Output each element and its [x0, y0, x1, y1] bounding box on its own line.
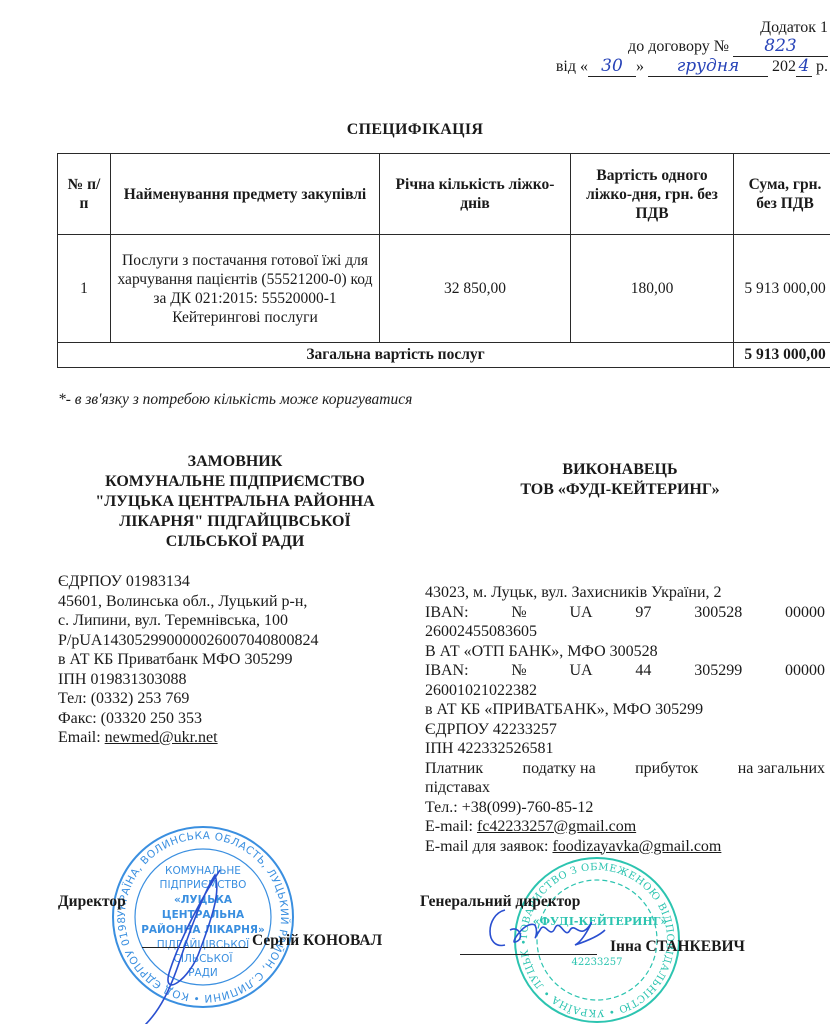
- contract-prefix: до договору №: [628, 38, 729, 55]
- executor-bank-2: в АТ КБ «ПРИВАТБАНК», МФО 305299: [425, 700, 825, 720]
- quantity-note: *- в зв'язку з потребою кількість може к…: [58, 391, 412, 409]
- customer-name-line: СІЛЬСЬКОЇ РАДИ: [40, 532, 430, 552]
- executor-role: ВИКОНАВЕЦЬ: [420, 460, 820, 480]
- col-header-price: Вартість одного ліжко-дня, грн. без ПДВ: [571, 154, 734, 235]
- tax-part: прибуток: [635, 759, 698, 779]
- customer-signatory-name: Сергій КОНОВАЛ: [252, 932, 382, 950]
- iban-part: 44: [635, 661, 651, 681]
- executor-iban-1-tail: 26002455083605: [425, 622, 825, 642]
- annex-label: Додаток 1: [556, 18, 828, 37]
- customer-email-label: Email:: [58, 729, 105, 746]
- table-row: 1 Послуги з постачання готової їжі для х…: [58, 235, 830, 343]
- cell-quantity: 32 850,00: [380, 235, 571, 343]
- date-prefix: від «: [556, 58, 588, 75]
- tax-part: Платник: [425, 759, 483, 779]
- customer-name-line: КОМУНАЛЬНЕ ПІДПРИЄМСТВО: [40, 472, 430, 492]
- tax-part: податку на: [523, 759, 596, 779]
- executor-iban-1: IBAN: № UA 97 300528 00000: [425, 603, 825, 623]
- customer-name-line: "ЛУЦЬКА ЦЕНТРАЛЬНА РАЙОННА: [40, 492, 430, 512]
- executor-header: ВИКОНАВЕЦЬ ТОВ «ФУДІ-КЕЙТЕРИНГ»: [420, 460, 820, 500]
- date-month: грудня: [648, 57, 768, 77]
- tax-part: на загальних: [738, 759, 825, 779]
- iban-part: IBAN:: [425, 603, 469, 623]
- customer-role: ЗАМОВНИК: [40, 452, 430, 472]
- executor-phone: Тел.: +38(099)-760-85-12: [425, 798, 825, 818]
- contract-number: 823: [733, 37, 828, 57]
- iban-part: 00000: [785, 661, 825, 681]
- cell-number: 1: [58, 235, 111, 343]
- executor-iban-2: IBAN: № UA 44 305299 00000: [425, 661, 825, 681]
- customer-fax: Факс: (03320 250 353: [58, 709, 408, 729]
- executor-edrpou: ЄДРПОУ 42233257: [425, 720, 825, 740]
- customer-ipn: ІПН 019831303088: [58, 670, 408, 690]
- executor-details: 43023, м. Луцьк, вул. Захисників України…: [425, 583, 825, 856]
- total-label: Загальна вартість послуг: [58, 343, 734, 368]
- executor-tax-status: Платник податку на прибуток на загальних: [425, 759, 825, 779]
- iban-part: IBAN:: [425, 661, 469, 681]
- customer-email-line: Email: newmed@ukr.net: [58, 728, 408, 748]
- table-total-row: Загальна вартість послуг 5 913 000,00: [58, 343, 830, 368]
- customer-account: Р/рUA143052990000026007040800824: [58, 631, 408, 651]
- date-mid: »: [636, 58, 644, 75]
- customer-address-2: с. Липини, вул. Теремнівська, 100: [58, 611, 408, 631]
- executor-ipn: ІПН 422332526581: [425, 739, 825, 759]
- col-header-quantity: Річна кількість ліжко-днів: [380, 154, 571, 235]
- table-header-row: № п/п Найменування предмету закупівлі Рі…: [58, 154, 830, 235]
- iban-part: №: [511, 603, 526, 623]
- iban-part: 97: [635, 603, 651, 623]
- cell-sum: 5 913 000,00: [734, 235, 830, 343]
- customer-address-1: 45601, Волинська обл., Луцький р-н,: [58, 592, 408, 612]
- executor-email-label: E-mail:: [425, 818, 477, 835]
- iban-part: №: [511, 661, 526, 681]
- executor-email-line: E-mail: fc42233257@gmail.com: [425, 817, 825, 837]
- specification-table: № п/п Найменування предмету закупівлі Рі…: [57, 153, 830, 368]
- executor-signature-icon: [480, 900, 610, 960]
- customer-signature-icon: [120, 860, 240, 1024]
- year-suffix: р.: [816, 58, 828, 75]
- executor-order-email-label: E-mail для заявок:: [425, 838, 552, 855]
- executor-address: 43023, м. Луцьк, вул. Захисників України…: [425, 583, 825, 603]
- customer-email-link[interactable]: newmed@ukr.net: [105, 729, 218, 746]
- customer-header: ЗАМОВНИК КОМУНАЛЬНЕ ПІДПРИЄМСТВО "ЛУЦЬКА…: [40, 452, 430, 552]
- total-value: 5 913 000,00: [734, 343, 830, 368]
- iban-part: 305299: [694, 661, 742, 681]
- executor-name: ТОВ «ФУДІ-КЕЙТЕРИНГ»: [420, 480, 820, 500]
- contract-number-line: до договору № 823: [556, 37, 828, 57]
- cell-price: 180,00: [571, 235, 734, 343]
- cell-name: Послуги з постачання готової їжі для хар…: [111, 235, 380, 343]
- iban-part: 00000: [785, 603, 825, 623]
- date-day: 30: [588, 57, 636, 77]
- customer-name-line: ЛІКАРНЯ" ПІДГАЙЦІВСЬКОЇ: [40, 512, 430, 532]
- executor-bank-1: В АТ «ОТП БАНК», МФО 300528: [425, 642, 825, 662]
- col-header-number: № п/п: [58, 154, 111, 235]
- executor-order-email-line: E-mail для заявок: foodizayavka@gmail.co…: [425, 837, 825, 857]
- customer-details: ЄДРПОУ 01983134 45601, Волинська обл., Л…: [58, 572, 408, 748]
- annex-header: Додаток 1 до договору № 823 від «30» гру…: [556, 18, 828, 77]
- customer-bank: в АТ КБ Приватбанк МФО 305299: [58, 650, 408, 670]
- col-header-sum: Сума, грн. без ПДВ: [734, 154, 830, 235]
- document-title: СПЕЦИФІКАЦІЯ: [0, 121, 830, 139]
- contract-date-line: від «30» грудня 2024 р.: [556, 57, 828, 77]
- executor-order-email-link[interactable]: foodizayavka@gmail.com: [552, 838, 721, 855]
- customer-edrpou: ЄДРПОУ 01983134: [58, 572, 408, 592]
- customer-signatory-role: Директор: [58, 893, 126, 911]
- executor-email-link[interactable]: fc42233257@gmail.com: [477, 818, 636, 835]
- year-digit: 4: [796, 57, 812, 77]
- executor-iban-2-tail: 26001021022382: [425, 681, 825, 701]
- iban-part: UA: [569, 603, 592, 623]
- iban-part: UA: [569, 661, 592, 681]
- customer-phone: Тел: (0332) 253 769: [58, 689, 408, 709]
- year-prefix: 202: [772, 58, 796, 75]
- executor-signatory-name: Інна СТАНКЕВИЧ: [610, 938, 745, 956]
- executor-tax-status-tail: підставах: [425, 778, 825, 798]
- iban-part: 300528: [694, 603, 742, 623]
- col-header-name: Найменування предмету закупівлі: [111, 154, 380, 235]
